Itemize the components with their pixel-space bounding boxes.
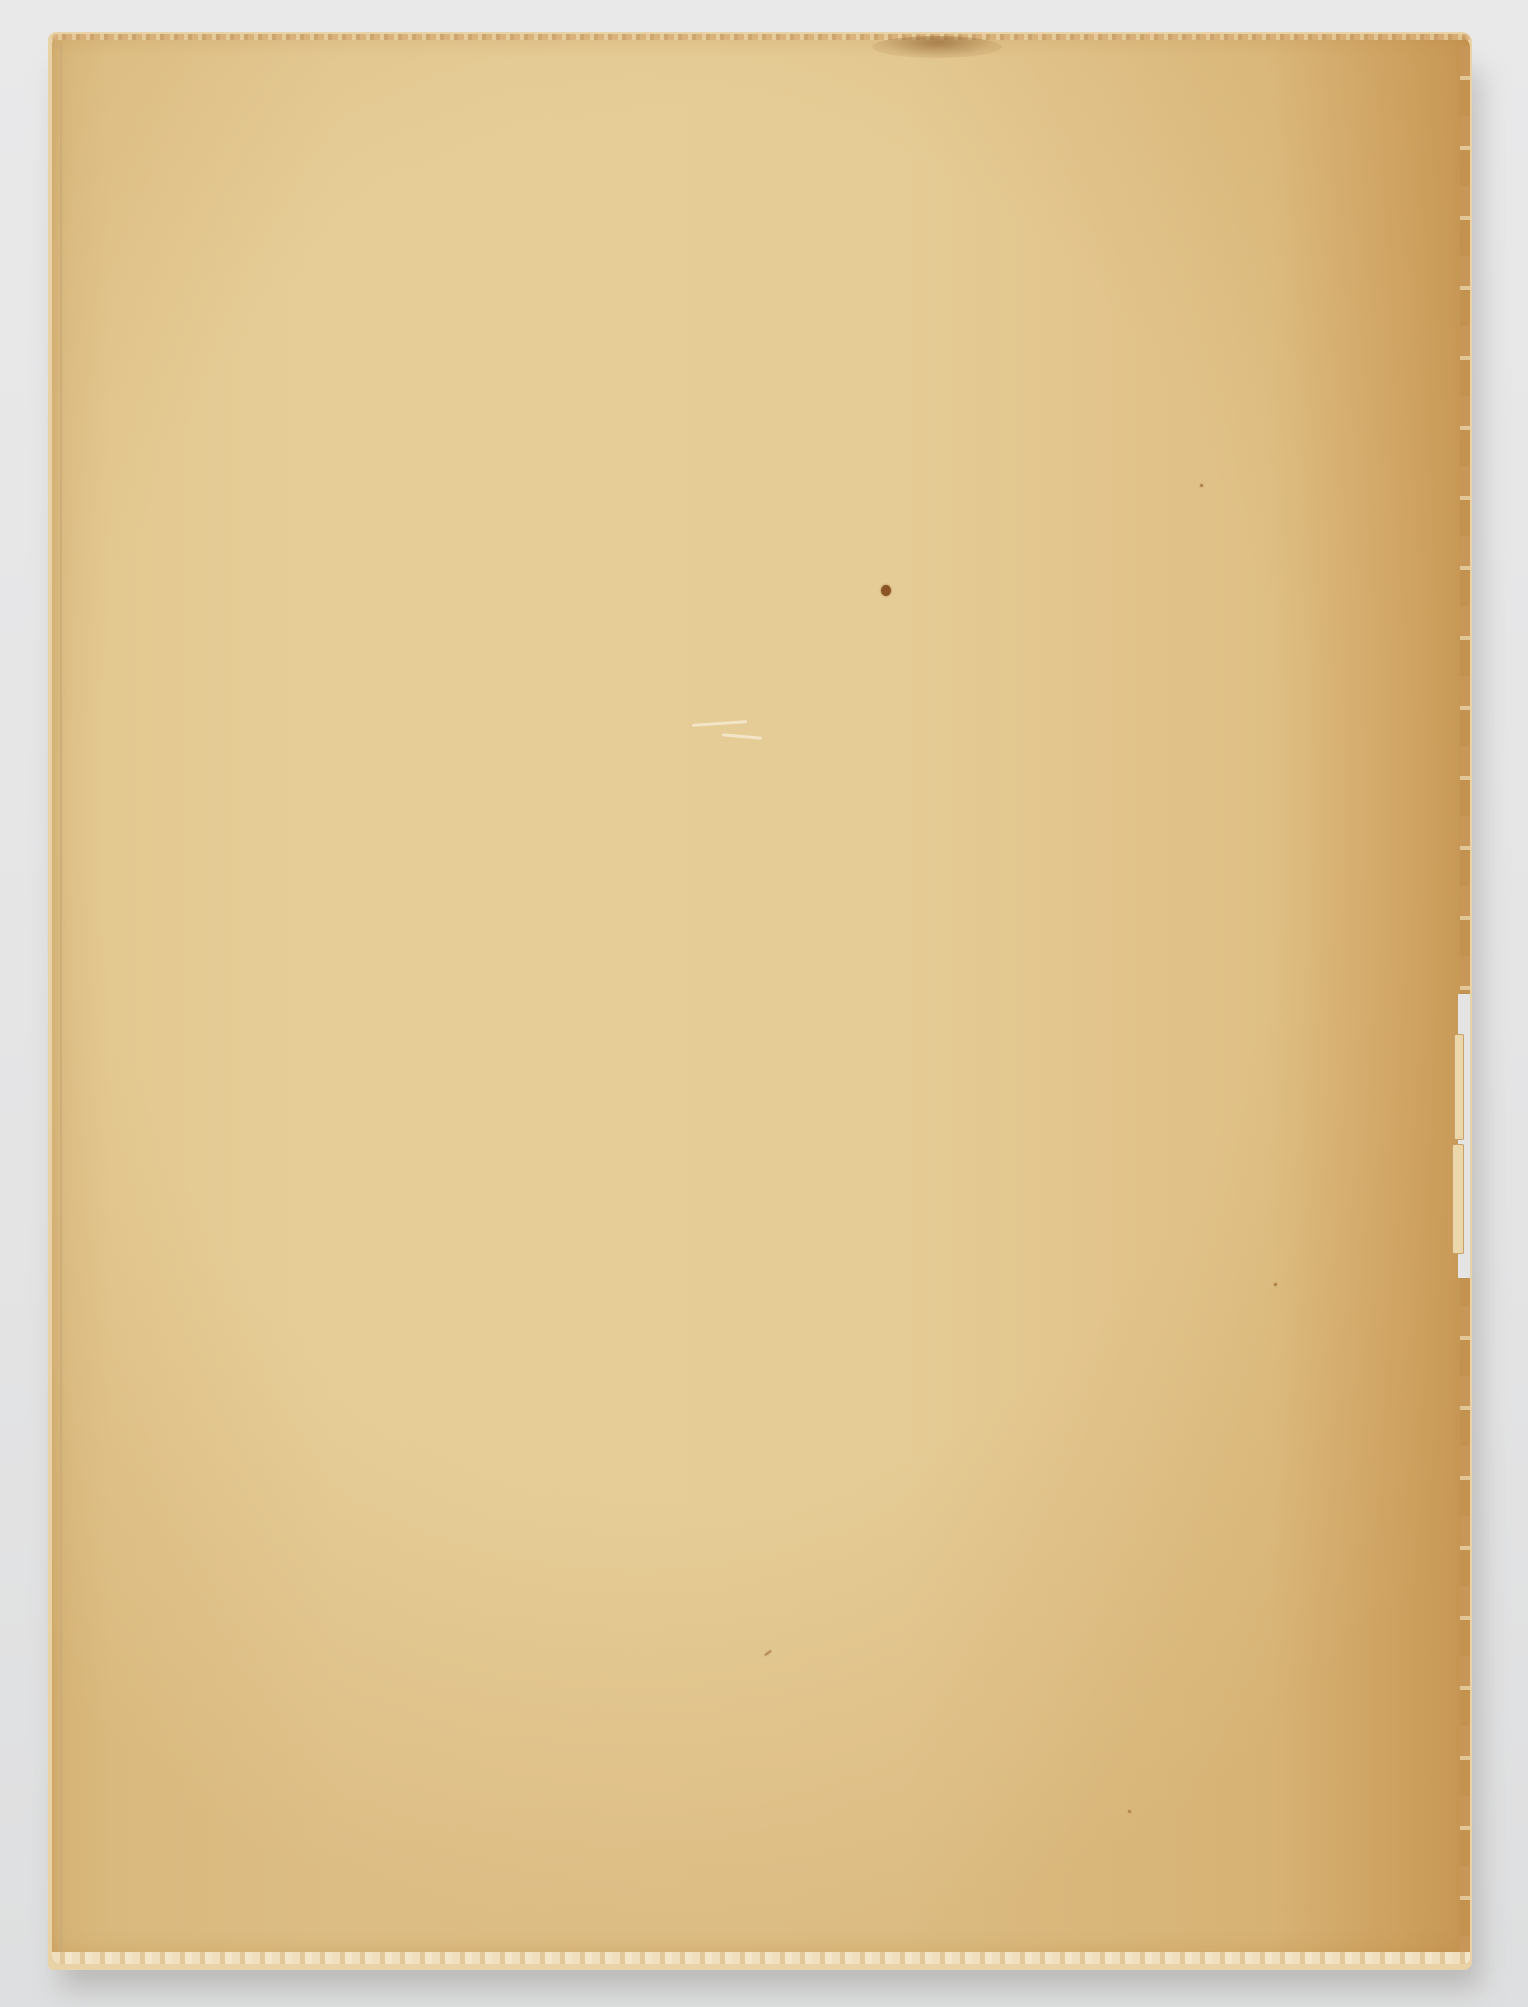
surface-crease [722,733,762,739]
foxing-spot [881,585,891,596]
surface-crease [692,720,747,727]
speck [764,1650,772,1656]
speck [1128,1810,1131,1813]
binding-line [60,44,62,1952]
booklet-back-cover [52,34,1470,1964]
top-edge-stain [872,36,1002,58]
top-edge-wear [52,34,1470,40]
edge-tear-flap [1452,1144,1464,1254]
edge-tear-flap [1454,1034,1464,1140]
speck [1274,1283,1277,1286]
bottom-edge-wear [52,1952,1470,1964]
speck [1200,484,1203,487]
